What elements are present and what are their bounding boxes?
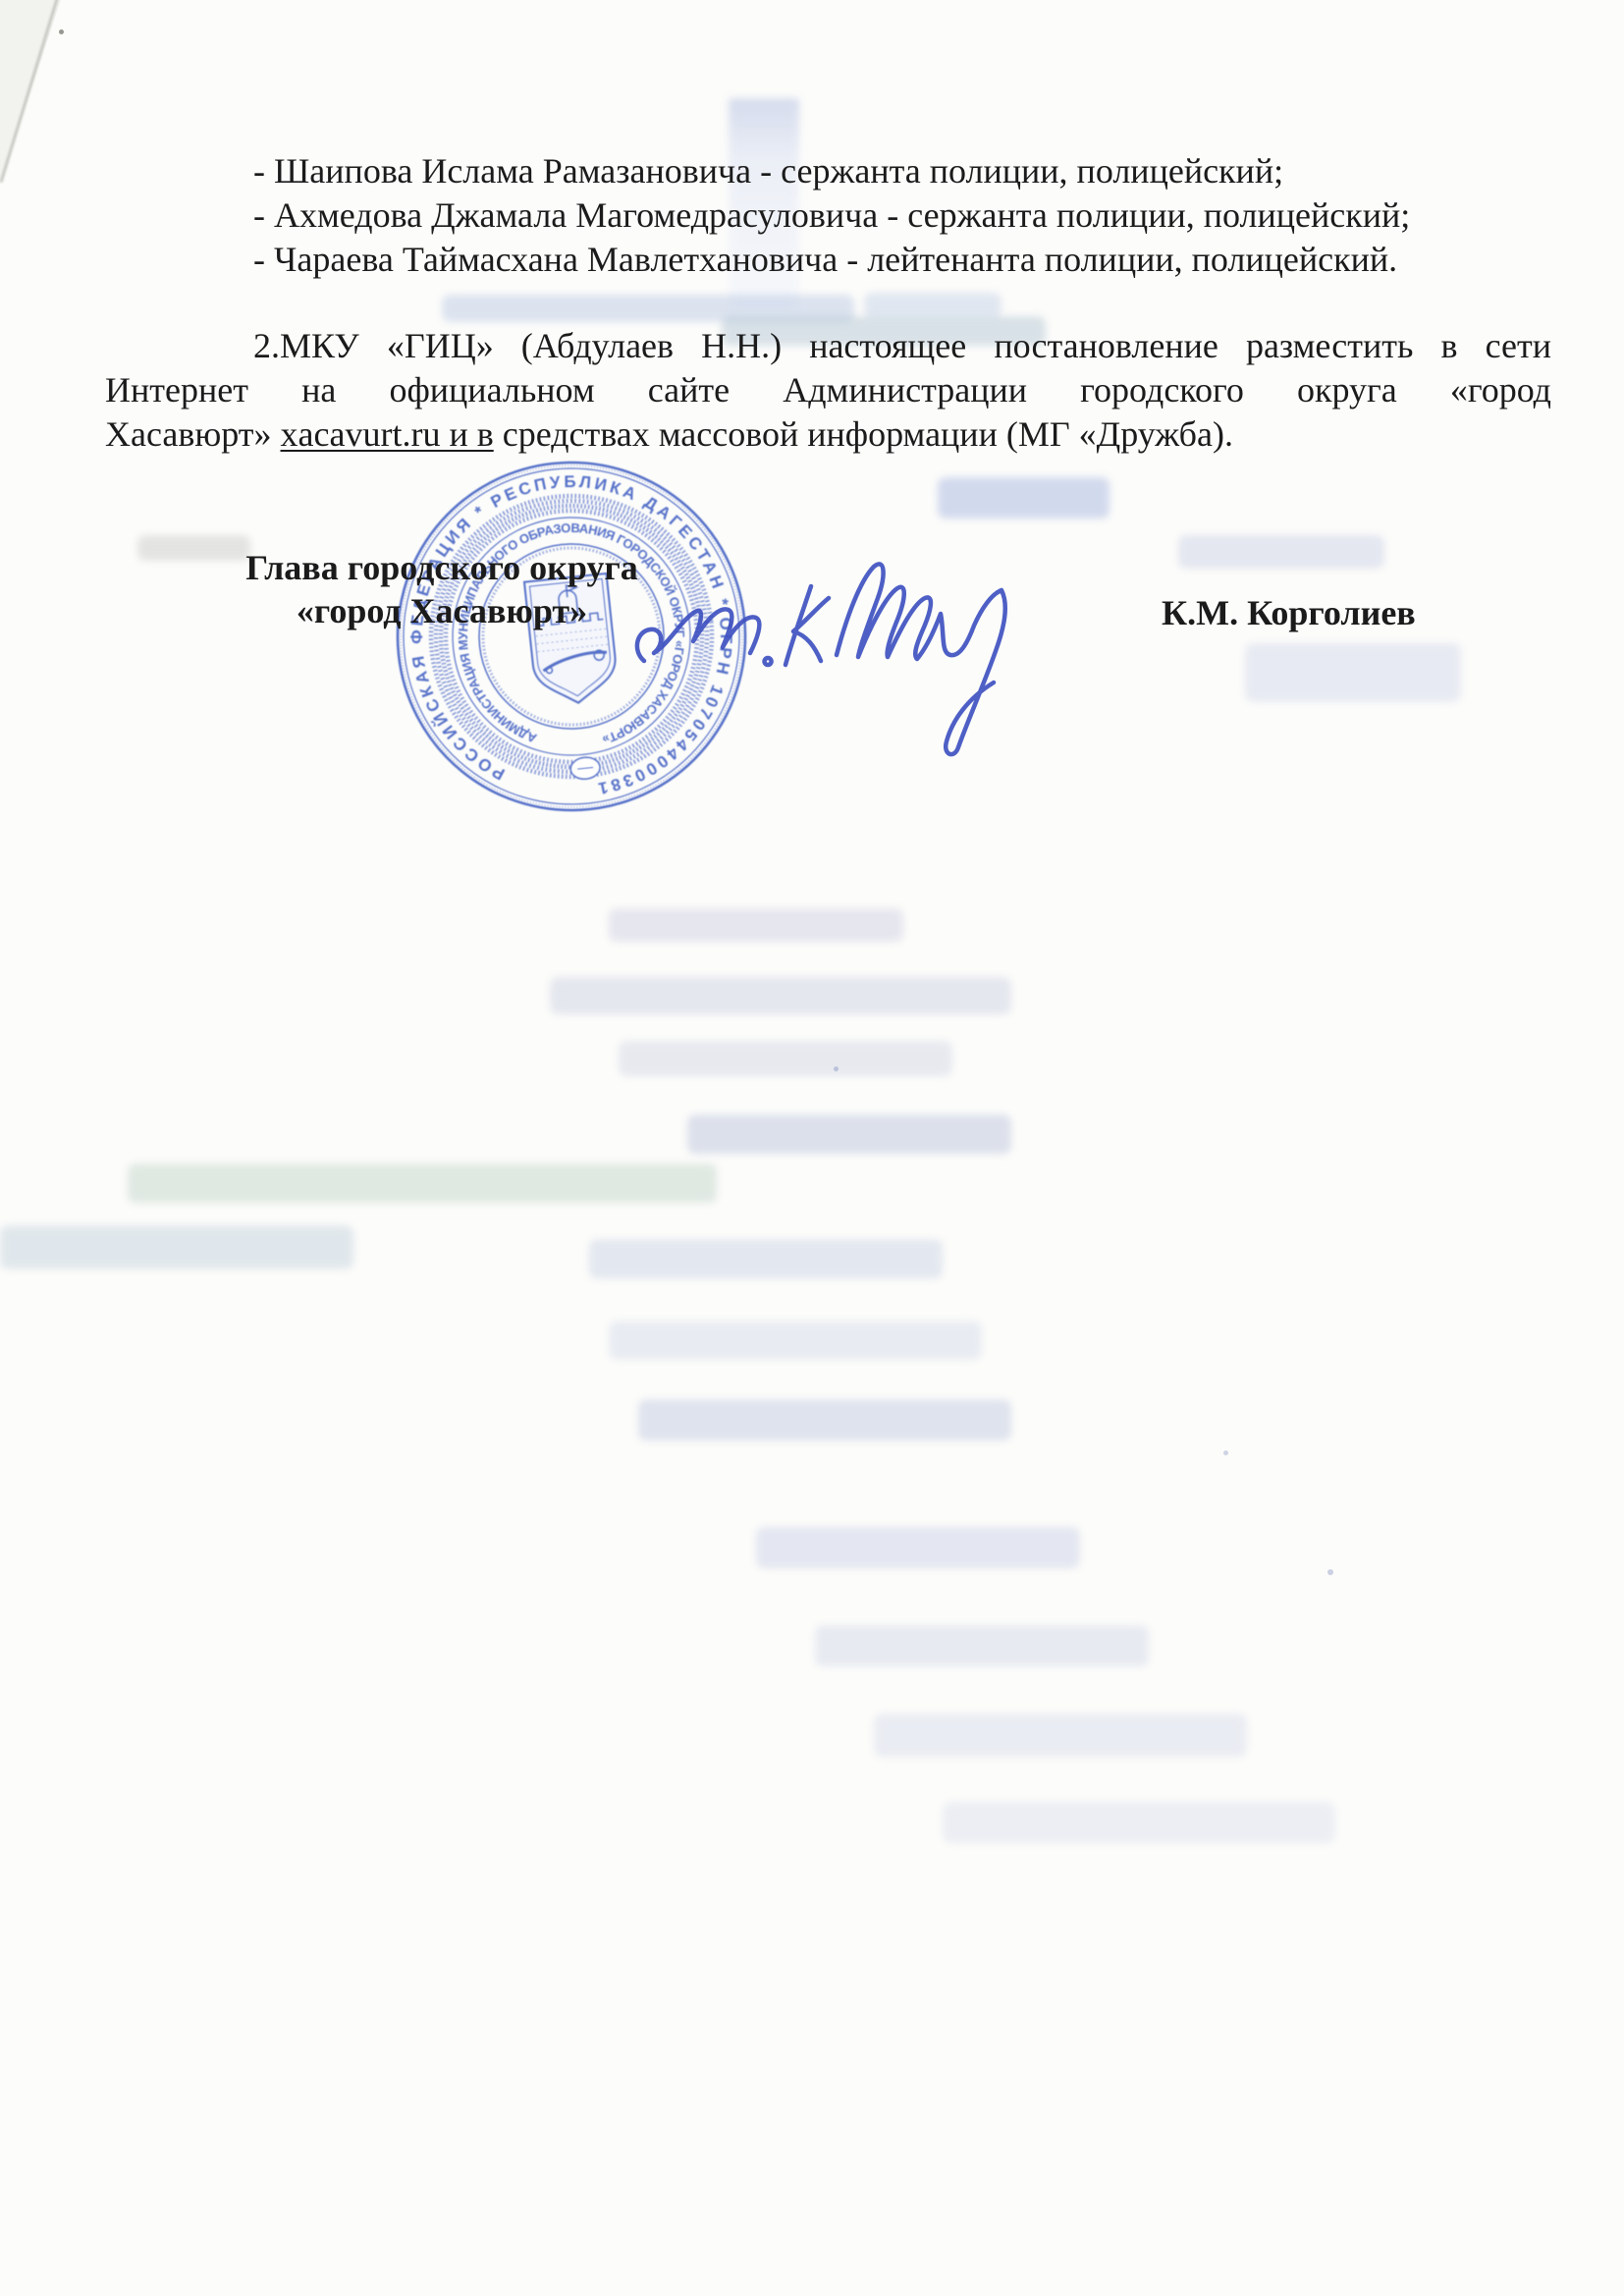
signature-stroke xyxy=(637,564,1005,754)
signatory-title: Глава городского округа «город Хасавюрт» xyxy=(211,546,673,632)
website-url-text: xacavurt.ru и в xyxy=(281,414,494,454)
officer-list-item: - Шаипова Ислама Рамазановича - сержанта… xyxy=(253,149,1559,193)
bleed-through-artifact xyxy=(589,1239,943,1279)
bleed-through-artifact xyxy=(943,1802,1335,1843)
document-scan-page: - Шаипова Ислама Рамазановича - сержанта… xyxy=(0,0,1624,2296)
resolution-paragraph: 2.МКУ «ГИЦ» (Абдулаев Н.Н.) настоящее по… xyxy=(105,324,1551,457)
bleed-through-artifact xyxy=(756,1527,1080,1568)
scan-speck xyxy=(834,1066,839,1071)
bleed-through-artifact xyxy=(638,1399,1011,1441)
handwritten-signature xyxy=(619,496,1149,781)
signatory-title-line: Глава городского округа xyxy=(211,546,673,589)
bleed-through-artifact xyxy=(128,1164,717,1203)
bleed-through-artifact xyxy=(0,1226,353,1269)
bleed-through-artifact xyxy=(1178,535,1384,569)
bleed-through-artifact xyxy=(619,1041,952,1076)
bleed-through-artifact xyxy=(609,1321,982,1360)
bleed-through-artifact xyxy=(550,977,1011,1014)
resolution-paragraph-line: 2.МКУ «ГИЦ» (Абдулаев Н.Н.) настоящее по… xyxy=(105,324,1551,368)
paragraph-text: средствах массовой информации (МГ «Дружб… xyxy=(494,414,1233,454)
officer-list: - Шаипова Ислама Рамазановича - сержанта… xyxy=(253,149,1559,282)
scan-speck xyxy=(1223,1450,1228,1455)
resolution-paragraph-line: Интернет на официальном сайте Администра… xyxy=(105,368,1551,412)
signatory-title-line: «город Хасавюрт» xyxy=(211,589,673,632)
signatory-name: К.М. Корголиев xyxy=(1162,592,1416,633)
bleed-through-artifact xyxy=(815,1625,1149,1667)
paragraph-text: Хасавюрт» xyxy=(105,414,281,454)
bleed-through-artifact xyxy=(874,1714,1247,1757)
bleed-through-artifact xyxy=(1245,643,1461,702)
scan-speck xyxy=(1327,1569,1333,1575)
bleed-through-artifact xyxy=(609,908,903,942)
bleed-through-artifact xyxy=(687,1115,1011,1154)
officer-list-item: - Ахмедова Джамала Магомедрасуловича - с… xyxy=(253,193,1559,238)
resolution-paragraph-line: Хасавюрт» xacavurt.ru и в средствах масс… xyxy=(105,412,1551,457)
officer-list-item: - Чараева Таймасхана Мавлетхановича - ле… xyxy=(253,238,1559,282)
bleed-through-artifact xyxy=(864,293,1001,318)
scan-speck xyxy=(59,29,64,34)
